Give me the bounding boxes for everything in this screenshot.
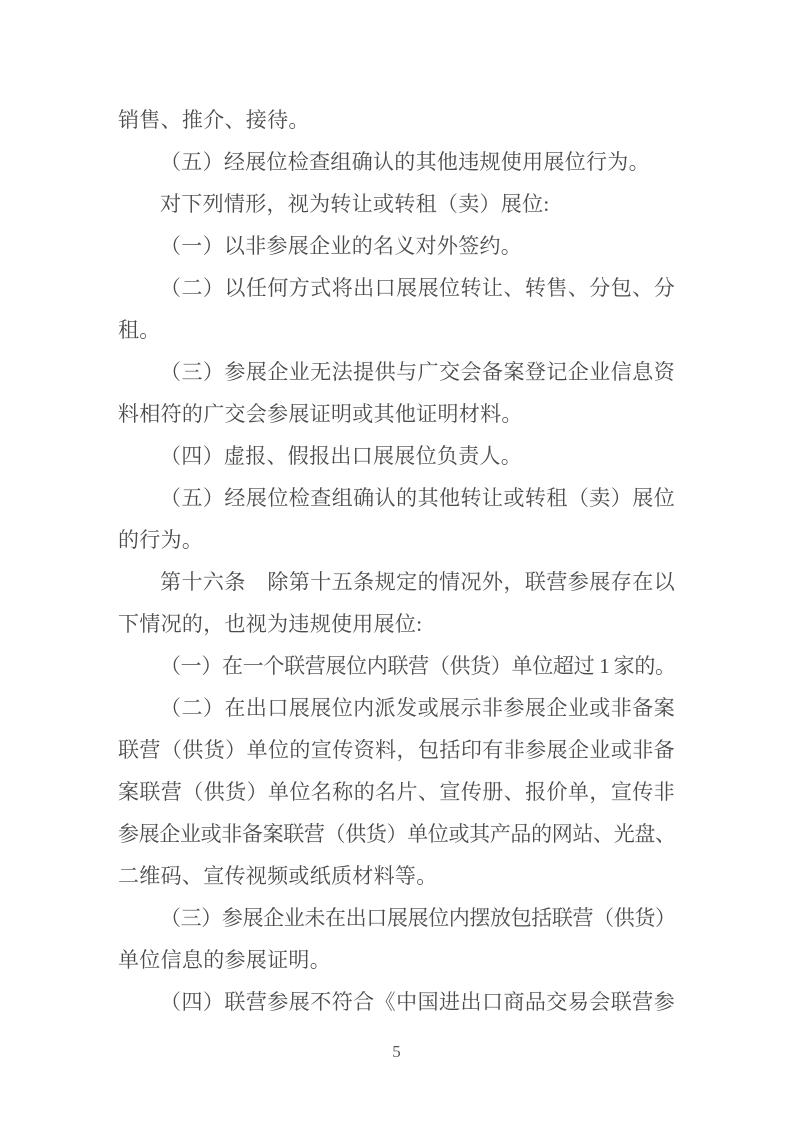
text-line: 对下列情形，视为转让或转租（卖）展位: — [118, 183, 675, 225]
text-line: （五）经展位检查组确认的其他违规使用展位行为。 — [118, 141, 675, 183]
text-line: 下情况的，也视为违规使用展位: — [118, 603, 675, 645]
text-line: （四）联营参展不符合《中国进出口商品交易会联营参 — [118, 981, 675, 1023]
text-line: （三）参展企业无法提供与广交会备案登记企业信息资 — [118, 351, 675, 393]
text-line: 二维码、宣传视频或纸质材料等。 — [118, 855, 675, 897]
text-line: 案联营（供货）单位名称的名片、宣传册、报价单，宣传非 — [118, 771, 675, 813]
page-number: 5 — [0, 1042, 793, 1062]
text-line: （五）经展位检查组确认的其他转让或转租（卖）展位 — [118, 477, 675, 519]
text-line: （三）参展企业未在出口展展位内摆放包括联营（供货） — [118, 897, 675, 939]
text-line: （四）虚报、假报出口展展位负责人。 — [118, 435, 675, 477]
text-line: 销售、推介、接待。 — [118, 99, 675, 141]
document-body: 销售、推介、接待。 （五）经展位检查组确认的其他违规使用展位行为。 对下列情形，… — [118, 99, 675, 1023]
text-line: 第十六条 除第十五条规定的情况外，联营参展存在以 — [118, 561, 675, 603]
text-line: 联营（供货）单位的宣传资料，包括印有非参展企业或非备 — [118, 729, 675, 771]
text-line: 租。 — [118, 309, 675, 351]
text-line: 料相符的广交会参展证明或其他证明材料。 — [118, 393, 675, 435]
text-line: （二）在出口展展位内派发或展示非参展企业或非备案 — [118, 687, 675, 729]
text-line: 单位信息的参展证明。 — [118, 939, 675, 981]
document-page: 销售、推介、接待。 （五）经展位检查组确认的其他违规使用展位行为。 对下列情形，… — [0, 0, 793, 1121]
text-line: （一）在一个联营展位内联营（供货）单位超过 1 家的。 — [118, 645, 675, 687]
text-line: （一）以非参展企业的名义对外签约。 — [118, 225, 675, 267]
text-line: 的行为。 — [118, 519, 675, 561]
text-line: （二）以任何方式将出口展展位转让、转售、分包、分 — [118, 267, 675, 309]
text-line: 参展企业或非备案联营（供货）单位或其产品的网站、光盘、 — [118, 813, 675, 855]
